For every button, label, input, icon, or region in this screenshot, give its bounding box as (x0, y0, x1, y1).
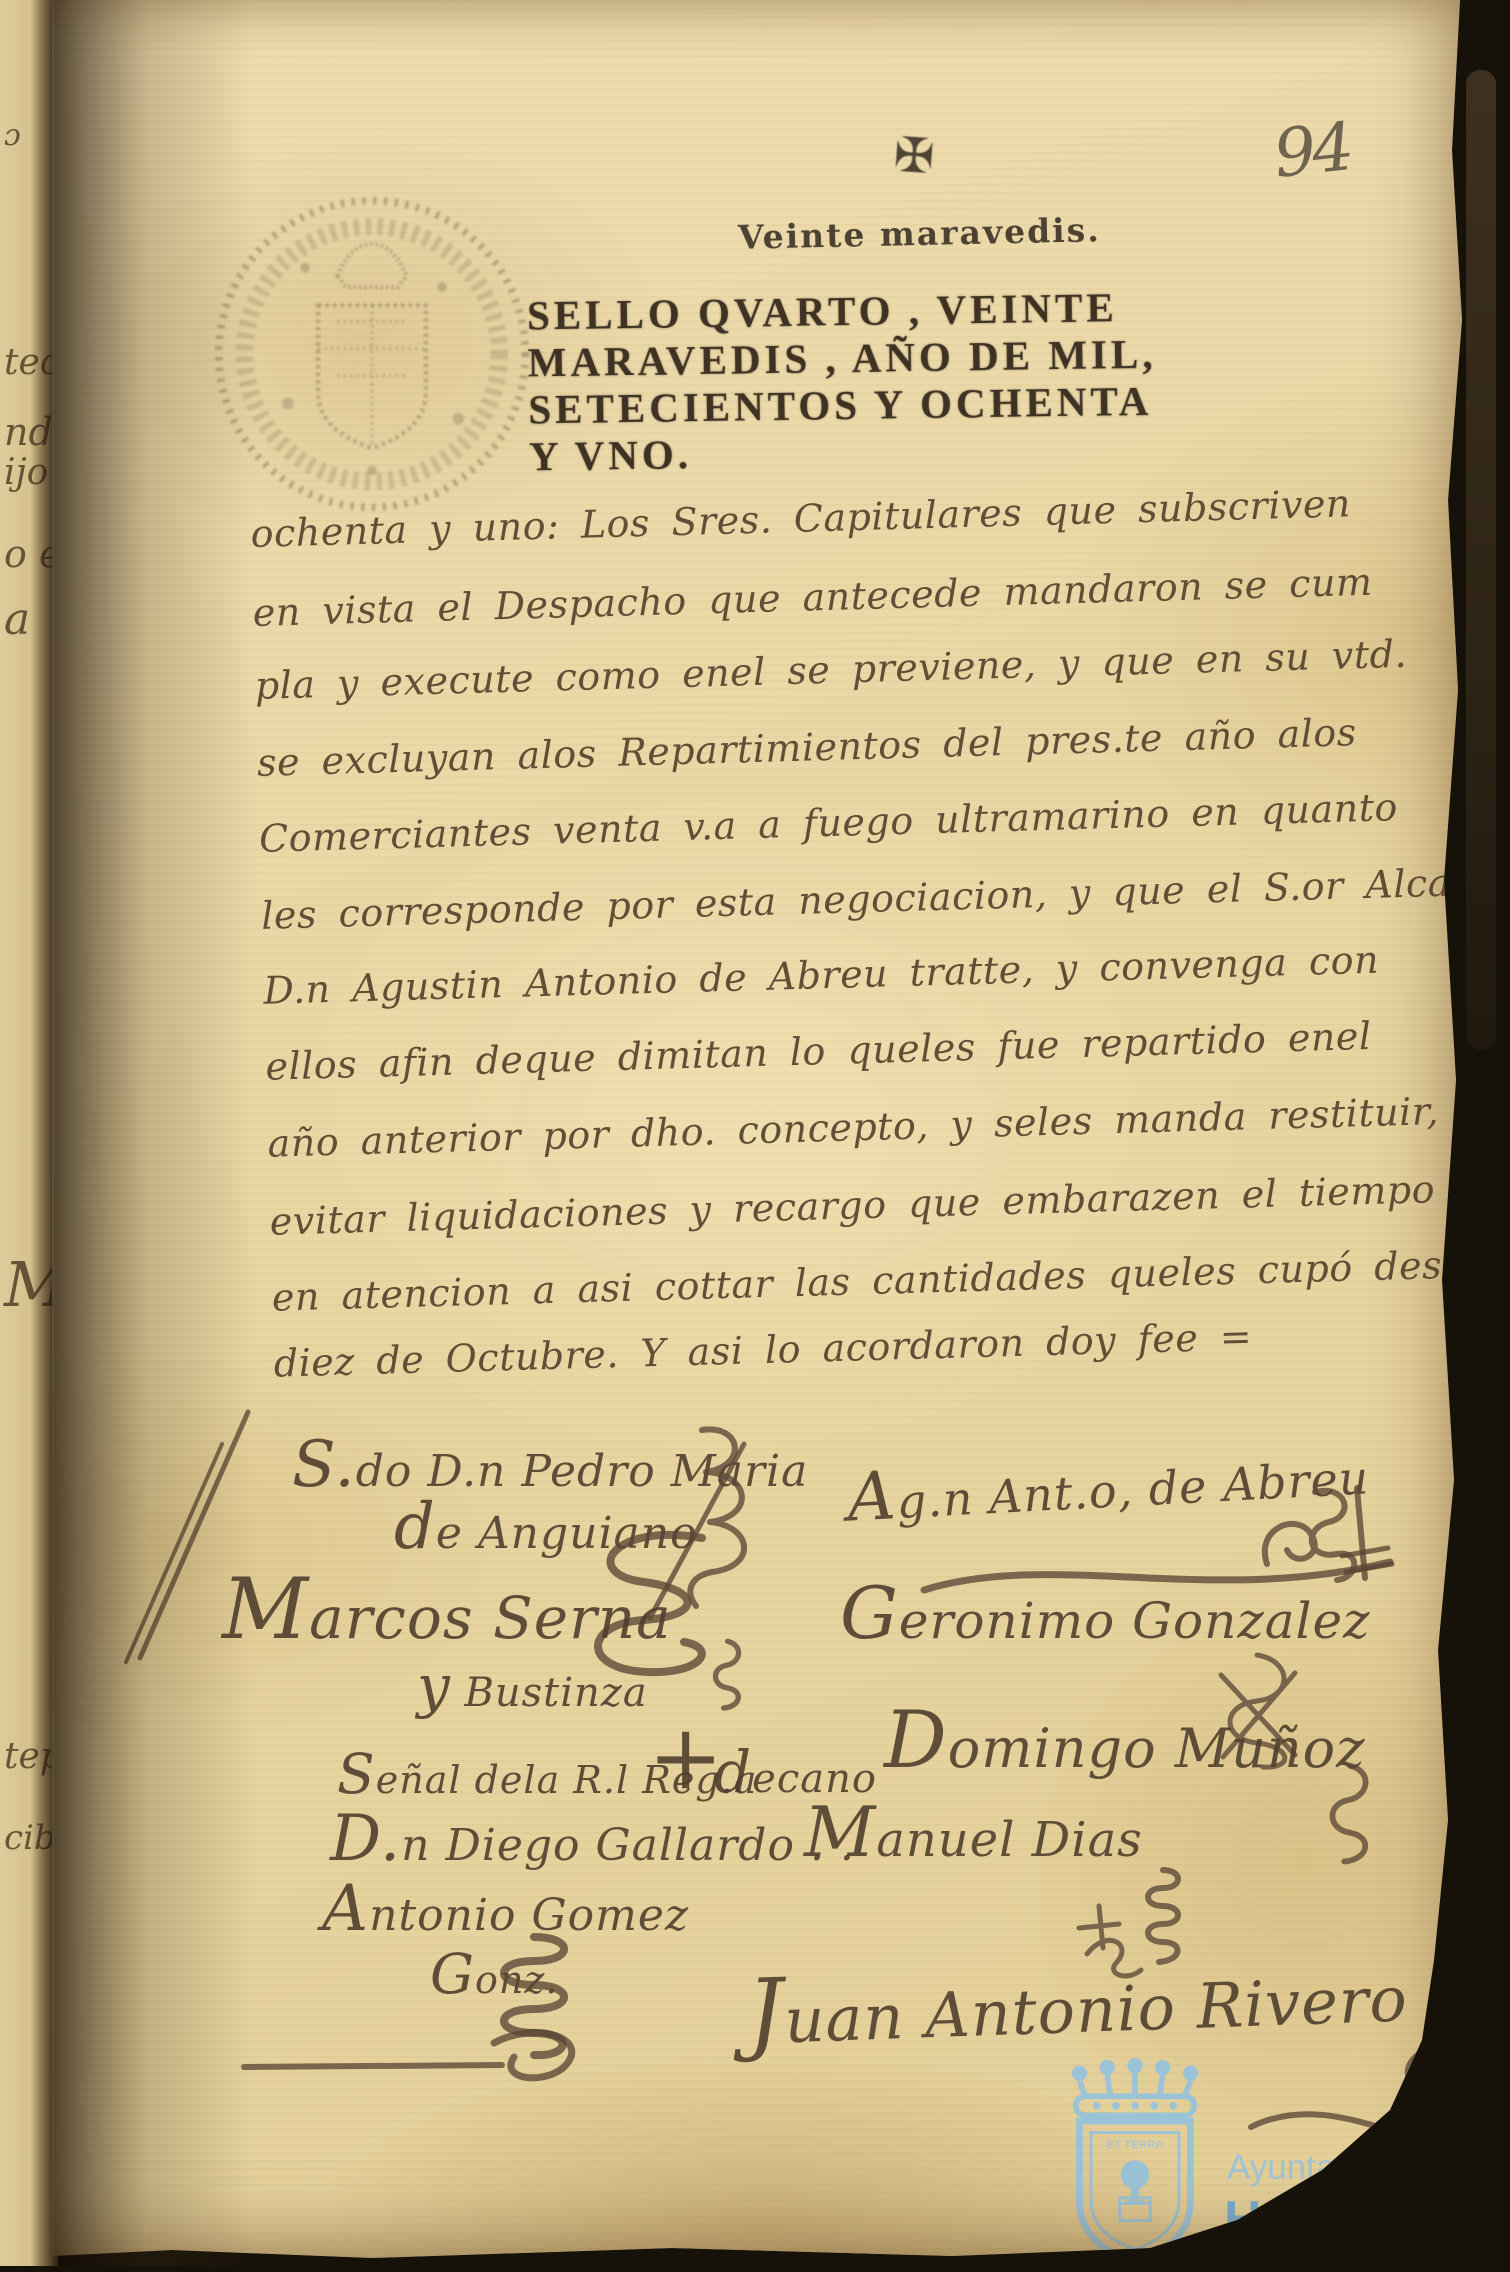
document-page: 94 ✠ Veinte maravedis. SELLO QVARTO , VE… (52, 0, 1474, 2266)
archival-scan: { "folio": { "number": "94" }, "printed"… (0, 0, 1510, 2272)
folio-number: 94 (1270, 108, 1354, 193)
manuscript-body: ochenta y uno: Los Sres. Capitulares que… (250, 478, 1474, 1411)
manuscript-line: D.n Agustin Antonio de Abreu tratte, y c… (263, 938, 1380, 1013)
margin-text-fragment: o e (4, 532, 58, 576)
tax-caption: Veinte maravedis. (738, 210, 1101, 257)
watermark-huelva-label: HUELVA (1224, 2190, 1472, 2250)
margin-text-fragment: ɔ (4, 118, 21, 153)
signature-domingo-munoz: Domingo Muñoz (884, 1695, 1366, 1786)
printers-cross-icon: ✠ (892, 127, 936, 186)
crest-motto: ET TERRA (1107, 2139, 1164, 2151)
manuscript-line: año anterior por dho. concepto, y seles … (267, 1087, 1474, 1166)
margin-text-fragment: cibe (4, 1818, 58, 1858)
manuscript-line: se excluyan alos Repartimientos del pres… (256, 710, 1357, 785)
signature-diego-gallardo: D.n Diego Gallardo . . (330, 1802, 855, 1876)
royal-seal-stamp (210, 192, 534, 516)
gonz-large-rubric (234, 1925, 664, 2100)
manuscript-line: ellos afin deque dimitan lo queles fue r… (265, 1014, 1372, 1089)
margin-text-fragment: M (4, 1248, 58, 1321)
margin-text-fragment: tech (4, 342, 58, 383)
manuscript-line: evitar liquidaciones y recargo que embar… (269, 1167, 1435, 1244)
manuscript-line: diez de Octubre. Y asi lo acordaron doy … (273, 1314, 1253, 1385)
rivero-flourish (1227, 2035, 1474, 2245)
manuscript-line: pla y execute como enel se previene, y q… (254, 632, 1407, 708)
huelva-crest-watermark: ET TERRA (1050, 2058, 1220, 2266)
manuscript-line: en vista el Despacho que antecede mandar… (252, 560, 1373, 635)
signature-geronimo-gonzalez: Geronimo Gonzalez (840, 1572, 1370, 1656)
heading-line: SETECIENTOS Y OCHENTA (528, 378, 1157, 434)
margin-text-fragment: nd (4, 410, 53, 454)
previous-page-edge: ɔ tech nd ijo o e a M tep cibe (0, 0, 58, 2266)
munoz-rubric (1304, 1758, 1394, 1873)
signature-cross-mark: + (648, 1706, 724, 1810)
bustinza-rubric (692, 1636, 762, 1716)
manuscript-line: les corresponde por esta negociacion, y … (261, 859, 1474, 938)
margin-text-fragment: tep (4, 1736, 58, 1777)
heading-line: Y VNO. (529, 425, 1158, 481)
manuscript-line: Comerciantes venta v.a a fuego ultramari… (259, 785, 1399, 861)
margin-text-fragment: a (4, 594, 30, 645)
page-stack-edge (1466, 70, 1496, 1050)
watermark-ayuntamiento-label: Ayuntamiento de (1227, 2148, 1474, 2188)
printed-heading: SELLO QVARTO , VEINTE MARAVEDIS , AÑO DE… (527, 284, 1158, 481)
margin-text-fragment: ijo (4, 452, 48, 493)
manuscript-line: en atencion a asi cottar las cantidades … (271, 1242, 1474, 1320)
signature-bustinza: y Bustinza (417, 1652, 648, 1720)
signature-marcos-serna: Marcos Serna (222, 1560, 672, 1658)
